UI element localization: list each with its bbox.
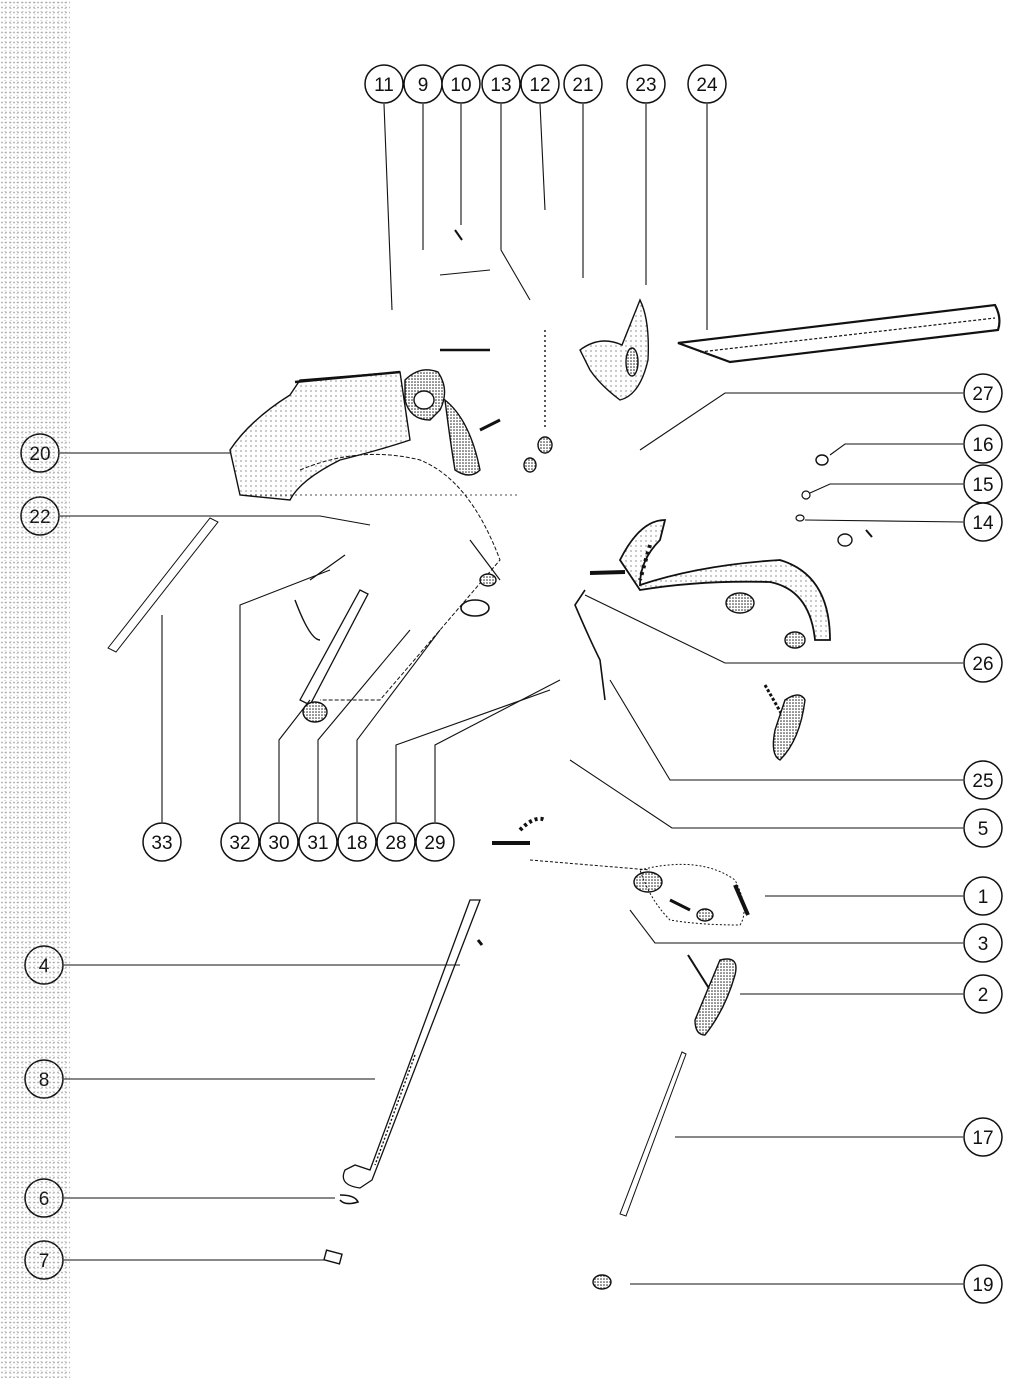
callout-number: 17 — [972, 1128, 993, 1149]
callout-27: 27 — [964, 374, 1002, 412]
callout-number: 23 — [635, 75, 656, 96]
callout-number: 10 — [450, 75, 471, 96]
part-pivot-assembly — [405, 370, 500, 475]
leader-line-27 — [640, 393, 963, 450]
callout-number: 25 — [972, 771, 993, 792]
callout-28: 28 — [377, 823, 415, 861]
leader-line-26 — [585, 595, 963, 663]
callout-number: 16 — [972, 435, 993, 456]
callout-31: 31 — [299, 823, 337, 861]
callout-number: 18 — [346, 833, 367, 854]
callout-number: 14 — [972, 513, 994, 534]
callout-10: 10 — [442, 65, 480, 103]
callout-number: 15 — [972, 475, 993, 496]
callout-25: 25 — [964, 761, 1002, 799]
callout-number: 1 — [978, 887, 989, 908]
part-30-bolt — [295, 555, 368, 722]
callout-number: 28 — [385, 833, 406, 854]
callout-number: 33 — [151, 833, 172, 854]
callout-number: 21 — [572, 75, 593, 96]
callout-24: 24 — [688, 65, 726, 103]
callout-16: 16 — [964, 425, 1002, 463]
callout-21: 21 — [564, 65, 602, 103]
callout-29: 29 — [416, 823, 454, 861]
callout-number: 13 — [490, 75, 511, 96]
callout-number: 5 — [978, 819, 989, 840]
callout-14: 14 — [964, 503, 1002, 541]
parts-diagram: 1191013122123242716151426255132171920224… — [0, 0, 1030, 1378]
callout-1: 1 — [964, 877, 1002, 915]
callout-3: 3 — [964, 924, 1002, 962]
leader-line-5 — [570, 760, 963, 828]
leader-line-15 — [810, 484, 963, 493]
part-24-tiller-tube — [678, 305, 999, 362]
part-17-pin — [620, 1052, 686, 1216]
part-10-screw — [440, 230, 490, 275]
part-lever — [765, 685, 805, 760]
callout-13: 13 — [482, 65, 520, 103]
part-20-housing — [230, 372, 520, 500]
part-7-block — [324, 1250, 342, 1264]
callout-15: 15 — [964, 465, 1002, 503]
leader-line-3 — [630, 910, 963, 943]
part-2-spring-lever — [688, 955, 736, 1035]
leader-line-16 — [830, 444, 963, 455]
diagram-canvas: 1191013122123242716151426255132171920224… — [0, 0, 1030, 1378]
callout-number: 31 — [307, 833, 328, 854]
part-26-throttle-arm — [590, 520, 830, 648]
leader-line-28 — [396, 690, 550, 822]
leader-line-32 — [240, 570, 330, 822]
callout-number: 26 — [972, 654, 993, 675]
leader-line-18 — [357, 630, 440, 822]
callout-17: 17 — [964, 1118, 1002, 1156]
callout-number: 3 — [978, 934, 989, 955]
part-26-link — [575, 590, 605, 700]
callout-number: 9 — [418, 75, 429, 96]
callout-number: 11 — [374, 75, 394, 96]
leader-line-29 — [435, 680, 560, 822]
callout-number: 32 — [229, 833, 250, 854]
callout-30: 30 — [260, 823, 298, 861]
part-14-16-hardware — [796, 455, 872, 546]
callout-33: 33 — [143, 823, 181, 861]
callout-number: 12 — [529, 75, 550, 96]
leader-line-13 — [501, 104, 530, 300]
leader-line-11 — [384, 104, 392, 310]
callout-5: 5 — [964, 809, 1002, 847]
scan-edge-noise — [0, 0, 70, 1378]
callout-12: 12 — [521, 65, 559, 103]
part-23-bracket — [580, 300, 648, 400]
part-33-rod — [108, 518, 218, 652]
callout-number: 19 — [972, 1275, 993, 1296]
callout-26: 26 — [964, 644, 1002, 682]
callout-number: 30 — [268, 833, 289, 854]
callout-32: 32 — [221, 823, 259, 861]
callout-11: 11 — [365, 65, 403, 103]
callout-2: 2 — [964, 975, 1002, 1013]
callout-18: 18 — [338, 823, 376, 861]
callout-9: 9 — [404, 65, 442, 103]
callout-23: 23 — [627, 65, 665, 103]
part-19-nut — [593, 1275, 611, 1289]
part-8-rod — [343, 900, 482, 1188]
leader-line-14 — [805, 520, 963, 522]
callout-19: 19 — [964, 1265, 1002, 1303]
callout-number: 2 — [978, 985, 989, 1006]
leader-line-12 — [540, 104, 545, 210]
part-1-bracket — [492, 819, 748, 925]
callout-number: 24 — [696, 75, 718, 96]
part-6-clip — [340, 1195, 358, 1204]
callout-number: 27 — [972, 384, 993, 405]
callout-number: 29 — [424, 833, 445, 854]
